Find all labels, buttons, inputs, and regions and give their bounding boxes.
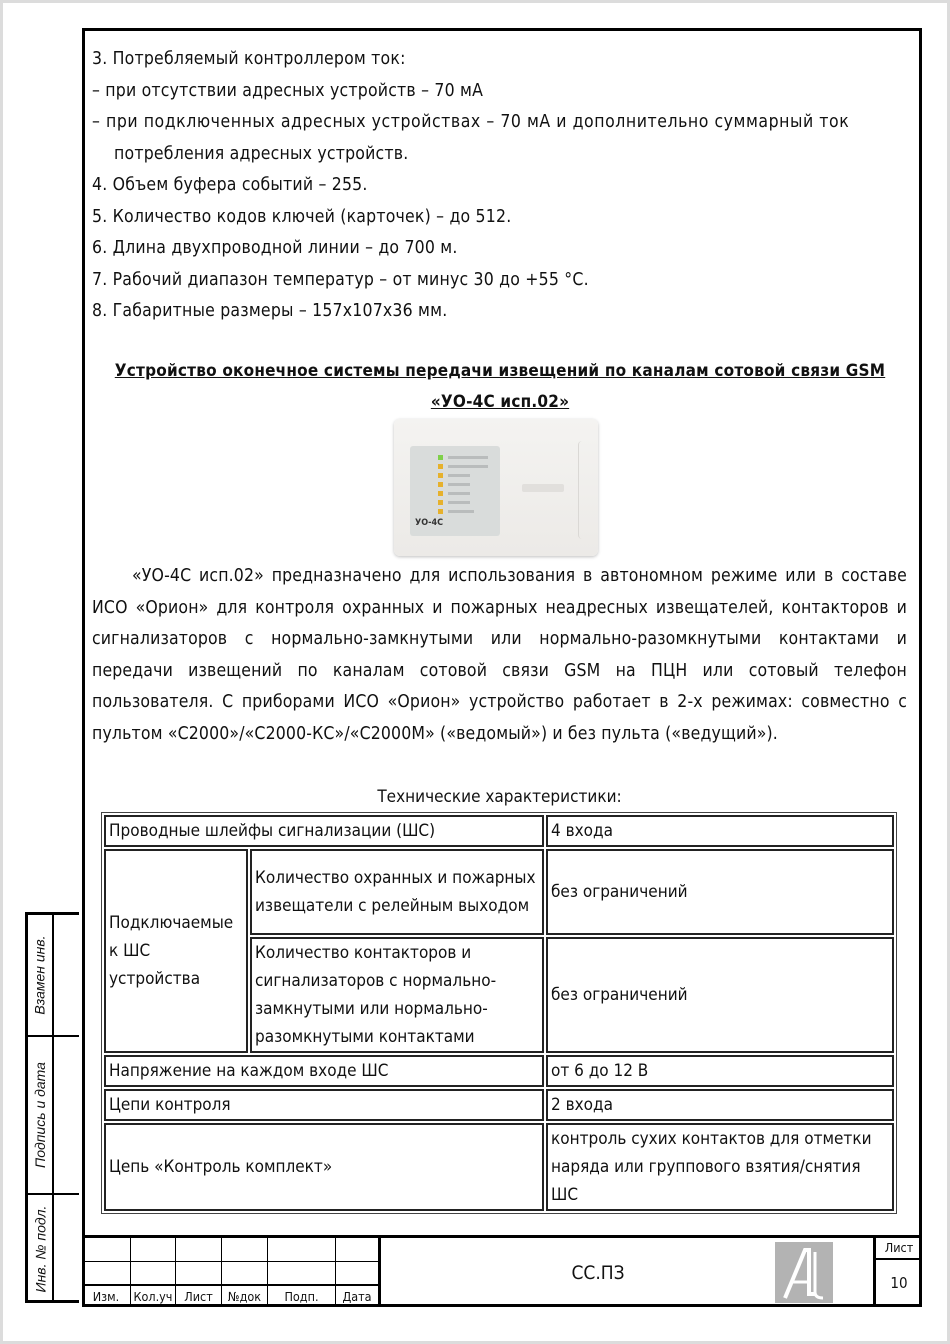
device-indicator-panel: УО-4С [410,446,500,536]
side-label-replacement-inv: Взамен инв. [28,915,52,1035]
col-header-doc-num: №док [222,1287,267,1307]
section-heading: Устройство оконечное системы передачи из… [92,356,908,388]
device-image: УО-4С [394,419,598,556]
table-cell-param: Напряжение на каждом входе ШС [104,1055,544,1087]
spec-line: 7. Рабочий диапазон температур – от мину… [92,265,908,297]
title-block: Изм. Кол.уч Лист №док Подп. Дата СС.ПЗ Л… [82,1235,919,1307]
col-header-kol-uch: Кол.уч [131,1287,175,1307]
table-cell-group: Подключаемые к ШС устройства [104,849,248,1053]
device-model-label: УО-4С [415,518,443,528]
spec-line: 8. Габаритные размеры – 157х107х36 мм. [92,296,908,328]
col-header-izm: Изм. [82,1287,130,1307]
table-cell-value: контроль сухих контактов для отметки нар… [546,1123,894,1211]
description-paragraph: «УО-4С исп.02» предназначено для использ… [92,561,907,750]
table-row: Напряжение на каждом входе ШС от 6 до 12… [104,1055,894,1087]
table-row: Подключаемые к ШС устройства Количество … [104,849,894,935]
col-header-list: Лист [176,1287,221,1307]
table-row: Цепи контроля 2 входа [104,1089,894,1121]
spec-table: Проводные шлейфы сигнализации (ШС) 4 вхо… [101,812,897,1214]
table-cell-value: без ограничений [546,937,894,1053]
table-cell-value: от 6 до 12 В [546,1055,894,1087]
table-cell-value: 4 входа [546,815,894,847]
spec-line: 4. Объем буфера событий – 255. [92,170,908,202]
table-row: Проводные шлейфы сигнализации (ШС) 4 вхо… [104,815,894,847]
table-cell-param: Цепь «Контроль комплект» [104,1123,544,1211]
revision-grid: Изм. Кол.уч Лист №док Подп. Дата [82,1238,380,1307]
spec-line: 6. Длина двухпроводной линии – до 700 м. [92,233,908,265]
company-logo-icon [775,1242,833,1303]
spec-line: – при подключенных адресных устройствах … [92,107,908,139]
device-brand-mark [522,484,564,492]
sheet-number-box: Лист 10 [873,1238,922,1307]
spec-line: потребления адресных устройств. [92,139,908,171]
sheet-label: Лист [876,1238,922,1260]
table-cell-param: Количество контакторов и сигнализаторов … [250,937,544,1053]
table-cell-value: без ограничений [546,849,894,935]
table-row: Цепь «Контроль комплект» контроль сухих … [104,1123,894,1211]
table-cell-value: 2 входа [546,1089,894,1121]
table-cell-param: Цепи контроля [104,1089,544,1121]
table-caption: Технические характеристики: [92,782,907,812]
side-label-signature-date: Подпись и дата [28,1037,52,1193]
col-header-date: Дата [336,1287,378,1307]
spec-line: 3. Потребляемый контроллером ток: [92,44,908,76]
spec-line: 5. Количество кодов ключей (карточек) – … [92,202,908,234]
section-heading-model: «УО-4С исп.02» [92,387,908,419]
side-label-original-inv: Инв. № подл. [28,1195,52,1303]
table-cell-param: Проводные шлейфы сигнализации (ШС) [104,815,544,847]
col-header-signature: Подп. [268,1287,335,1307]
side-stamp-strip: Взамен инв. Подпись и дата Инв. № подл. [25,912,79,1303]
table-cell-param: Количество охранных и пожарных извещател… [250,849,544,935]
specs-list: 3. Потребляемый контроллером ток: – при … [92,44,908,419]
sheet-number: 10 [876,1260,922,1307]
spec-line: – при отсутствии адресных устройств – 70… [92,76,908,108]
